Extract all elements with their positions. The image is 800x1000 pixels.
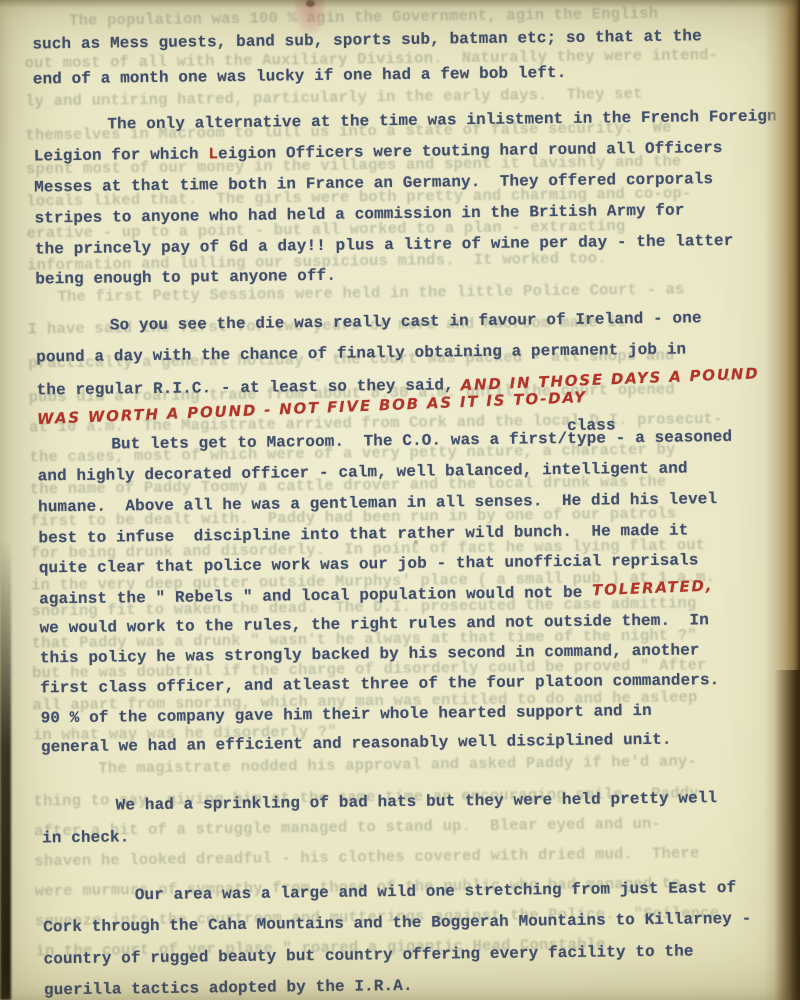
red-handwriting-annotation: TOLERATED, (592, 576, 714, 599)
book-page-right-edge-shadow (774, 670, 800, 1000)
ink-speck (306, 956, 311, 960)
typed-text: guerilla tactics adopted by the I.R.A. (44, 977, 413, 1000)
ink-speck (414, 540, 418, 544)
photo-top-edge-shadow (0, 0, 800, 8)
typed-line: in check. (42, 828, 130, 847)
ghost-line: The population was 100 % agin the Govern… (69, 5, 658, 30)
ghost-line: The magistrate nodded his approval and a… (98, 752, 697, 777)
typed-line: guerilla tactics adopted by the I.R.A. (44, 977, 413, 1000)
red-handwriting-annotation: AND IN THOSE DAYS A POUND (453, 364, 759, 394)
typed-text: Leigion for which (34, 145, 209, 165)
photo-left-edge-shadow (0, 540, 11, 1000)
ink-speck (726, 378, 730, 381)
ghost-line: ly and untiring hatred, particularly in … (25, 85, 643, 111)
photographed-document-page: The population was 100 % agin the Govern… (0, 0, 800, 1000)
typed-line: being enough to put anyone off. (35, 267, 336, 289)
typed-text: being enough to put anyone off. (35, 267, 336, 289)
ghost-line: shaven he looked dreadful - his clothes … (34, 844, 699, 870)
typed-text: in check. (42, 828, 130, 847)
paper-sheet: The population was 100 % agin the Govern… (0, 0, 800, 1000)
